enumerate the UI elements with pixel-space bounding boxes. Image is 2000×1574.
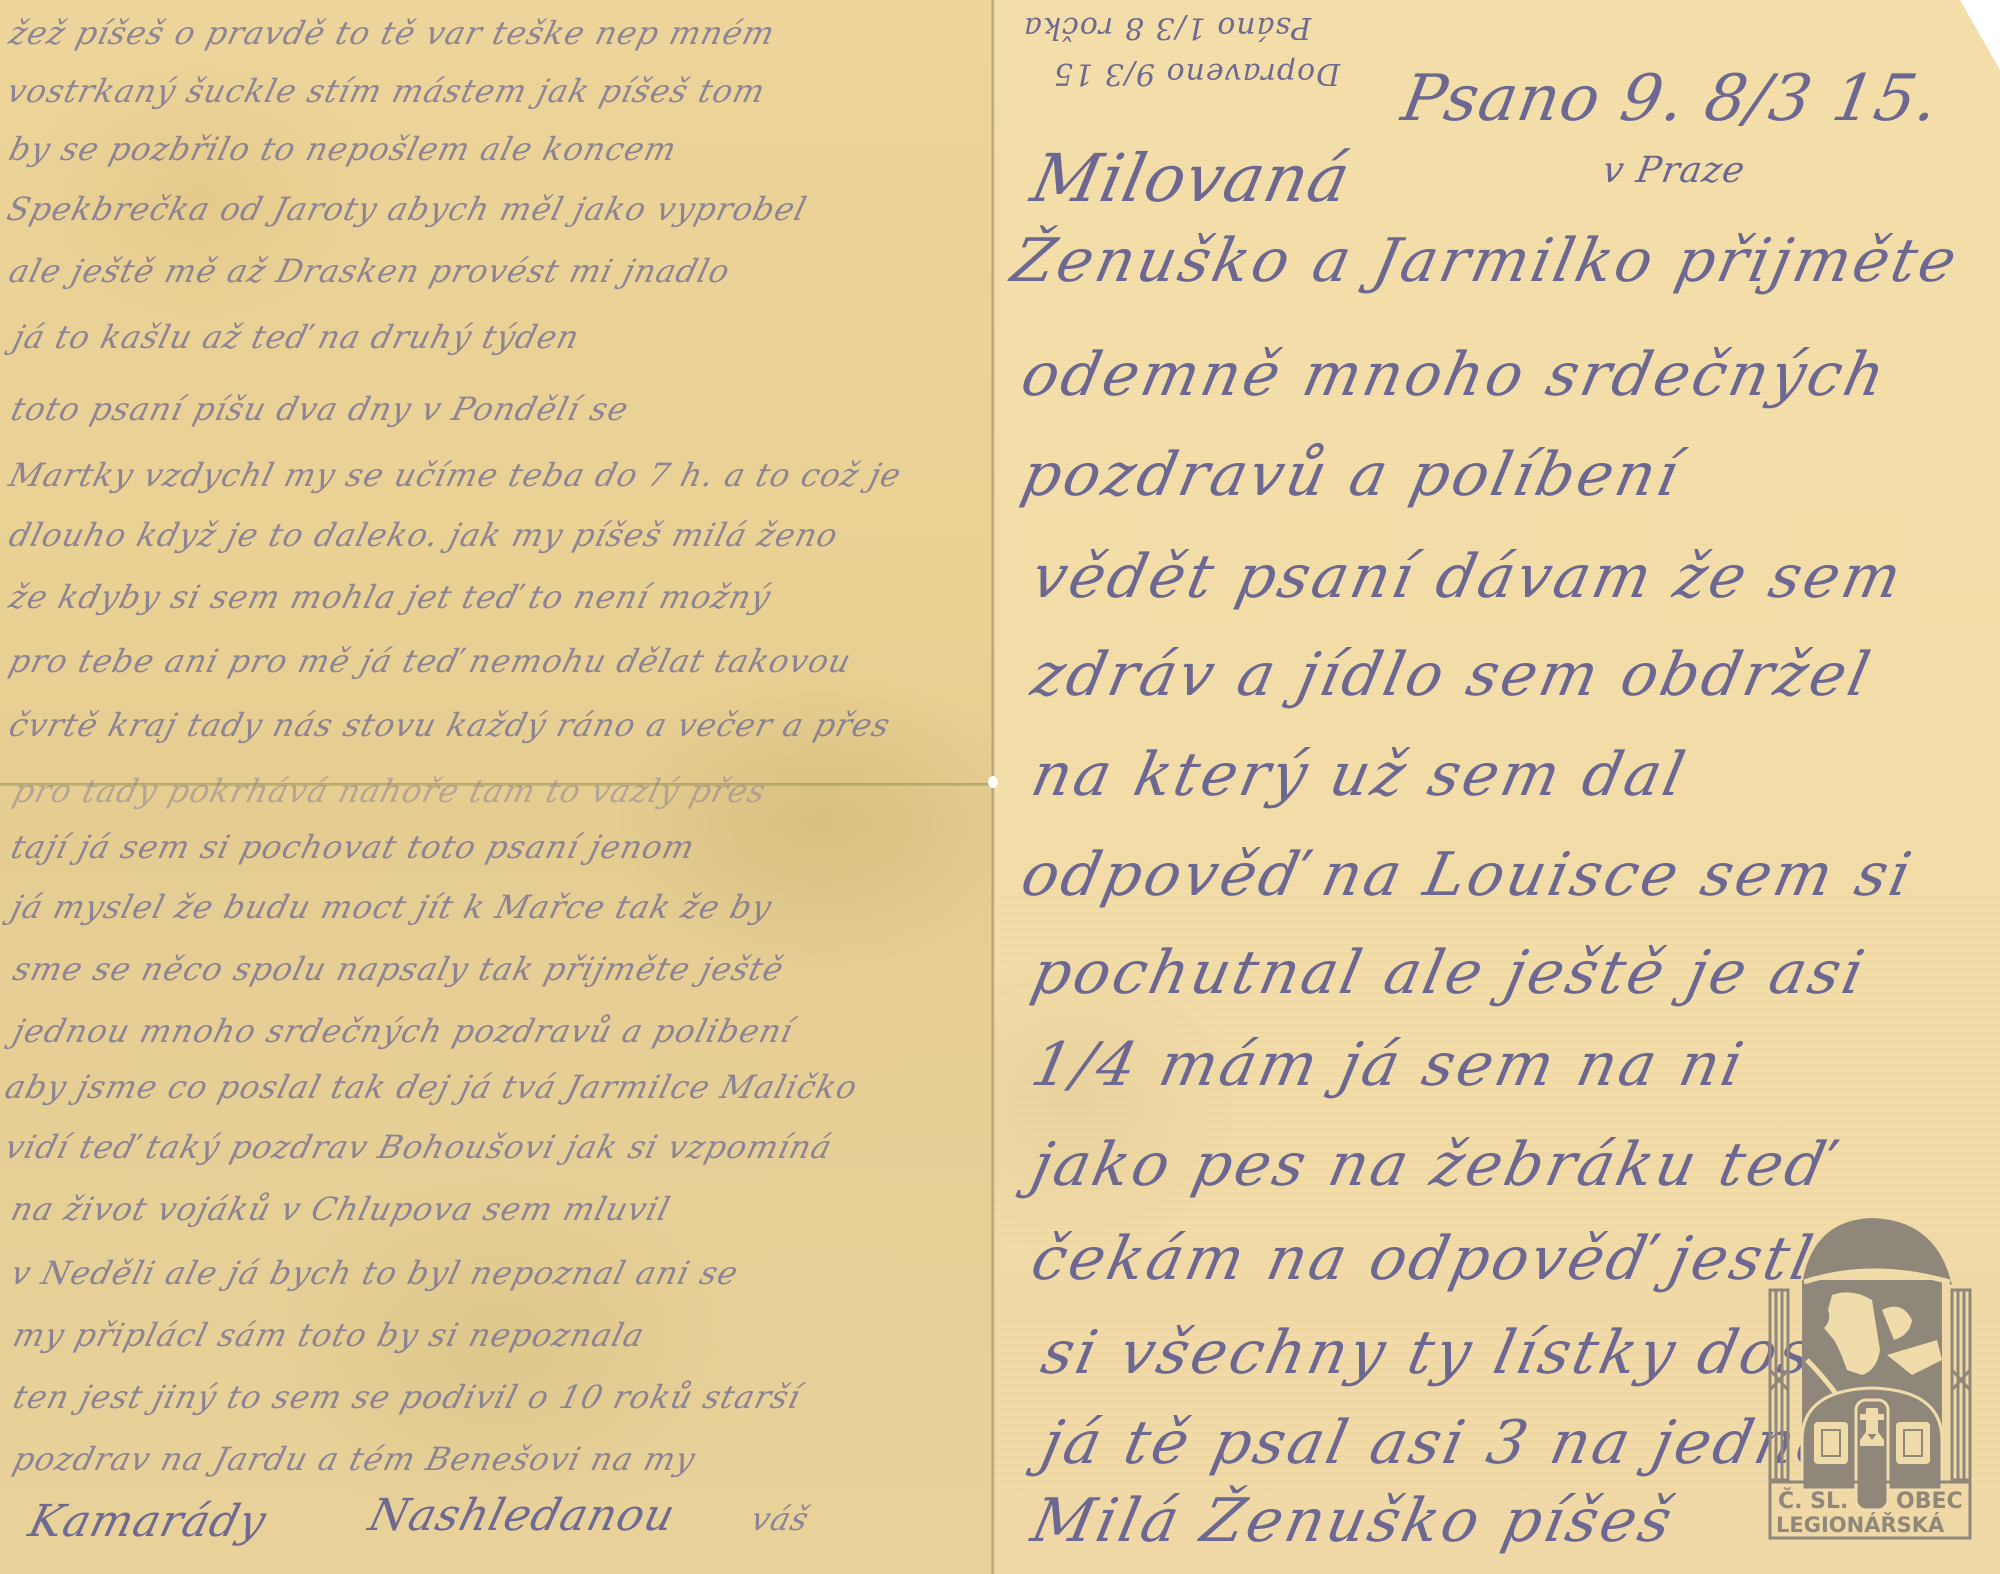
left-line-17: jednou mnoho srdečných pozdravů a polibe… <box>9 1012 797 1050</box>
left-line-24: pozdrav na Jardu a tém Benešovi na my <box>9 1440 700 1478</box>
right-line-6: na který už sem dal <box>1026 740 1694 810</box>
left-line-5: ale ještě mě až Drasken provést mi jnadl… <box>5 252 734 290</box>
right-line-7: odpověď na Louisce sem si <box>1016 840 1920 910</box>
cut-corner <box>1960 0 2000 70</box>
right-line-9: 1/4 mám já sem na ni <box>1026 1030 1752 1100</box>
right-line-2: odemně mnoho srdečných <box>1016 340 1894 410</box>
right-line-4: vědět psaní dávam že sem <box>1026 542 1910 612</box>
horizontal-fold-line <box>0 783 993 786</box>
left-line-11: pro tebe ani pro mě já teď nemohu dělat … <box>5 642 855 680</box>
closing-text: Kamarády <box>24 1496 272 1547</box>
left-line-22: my připlácl sám toto by si nepoznala <box>9 1316 648 1354</box>
legionnaire-helmet-crest-icon: Č. SL. OBEC LEGIONÁŘSKÁ <box>1762 1200 1978 1540</box>
left-line-8: Martky vzdychl my se učíme teba do 7 h. … <box>5 456 905 494</box>
left-line-6: já to kašlu až teď na druhý týden <box>9 318 583 356</box>
left-line-4: Spekbrečka od Jaroty abych měl jako vypr… <box>3 190 811 228</box>
right-line-1: Ženuško a Jarmilko přijměte <box>1006 226 1966 296</box>
svg-text:Č. SL.: Č. SL. <box>1778 1488 1848 1514</box>
right-line-13: já tě psal asi 3 na jednou <box>1036 1408 1886 1478</box>
upside-note-line-1: Psáno 1/3 8 ročka <box>1023 10 1311 45</box>
left-line-2: vostrkaný šuckle stím mástem jak píšeš t… <box>3 72 769 110</box>
right-line-10: jako pes na žebráku teď <box>1026 1130 1835 1200</box>
left-line-9: dlouho když je to daleko. jak my píšeš m… <box>5 516 842 554</box>
left-line-19: vidí teď taký pozdrav Bohoušovi jak si v… <box>1 1128 836 1166</box>
left-line-23: ten jest jiný to sem se podivil o 10 rok… <box>9 1378 805 1416</box>
left-line-1: žež píšeš o pravdě to tě var teške nep m… <box>5 14 974 52</box>
left-line-15: já myslel že budu moct jít k Mařce tak ž… <box>7 888 776 926</box>
left-page: žež píšeš o pravdě to tě var teške nep m… <box>0 0 993 1574</box>
right-line-5: zdráv a jídlo sem obdržel <box>1026 640 1879 710</box>
upside-note-line-2: Dopraveno 9/3 15 <box>1053 56 1340 91</box>
letter-scan: žež píšeš o pravdě to tě var teške nep m… <box>0 0 2000 1574</box>
left-line-10: že kdyby si sem mohla jet teď to není mo… <box>5 578 775 616</box>
recipient-location: v Praze <box>1599 150 1748 191</box>
left-line-7: toto psaní píšu dva dny v Pondělí se <box>7 390 633 428</box>
left-line-21: v Neděli ale já bych to byl nepoznal ani… <box>7 1254 743 1292</box>
left-line-18: aby jsme co poslal tak dej já tvá Jarmil… <box>1 1068 862 1106</box>
right-line-3: pozdravů a políbení <box>1016 440 1688 510</box>
left-line-20: na život vojáků v Chlupova sem mluvil <box>7 1190 674 1228</box>
sign-off-text: Nashledanou <box>364 1490 681 1541</box>
place-date-header: Psano 9. 8/3 15. <box>1396 62 1944 136</box>
left-line-3: by se pozbřilo to nepošlem ale koncem <box>5 130 681 168</box>
greeting: Milovaná <box>1025 140 1357 217</box>
left-line-12: čvrtě kraj tady nás stovu každý ráno a v… <box>5 706 894 744</box>
legionarska-watermark-logo: Č. SL. OBEC LEGIONÁŘSKÁ <box>1762 1200 1978 1540</box>
svg-text:LEGIONÁŘSKÁ: LEGIONÁŘSKÁ <box>1776 1512 1945 1537</box>
left-line-13: pro tady pokrhává nahoře tam to vazlý př… <box>9 772 770 810</box>
left-line-14: tají já sem si pochovat toto psaní jenom <box>7 828 699 866</box>
right-line-11: čekám na odpověď jestli <box>1026 1224 1844 1294</box>
right-line-8: pochutnal ale ještě je asi <box>1026 938 1873 1008</box>
left-line-16: sme se něco spolu napsaly tak přijměte j… <box>9 950 788 988</box>
svg-text:OBEC: OBEC <box>1896 1489 1963 1514</box>
signature-suffix: váš <box>747 1500 813 1538</box>
right-line-14: Milá Ženuško píšeš <box>1026 1486 1681 1556</box>
fold-hole <box>988 776 998 788</box>
